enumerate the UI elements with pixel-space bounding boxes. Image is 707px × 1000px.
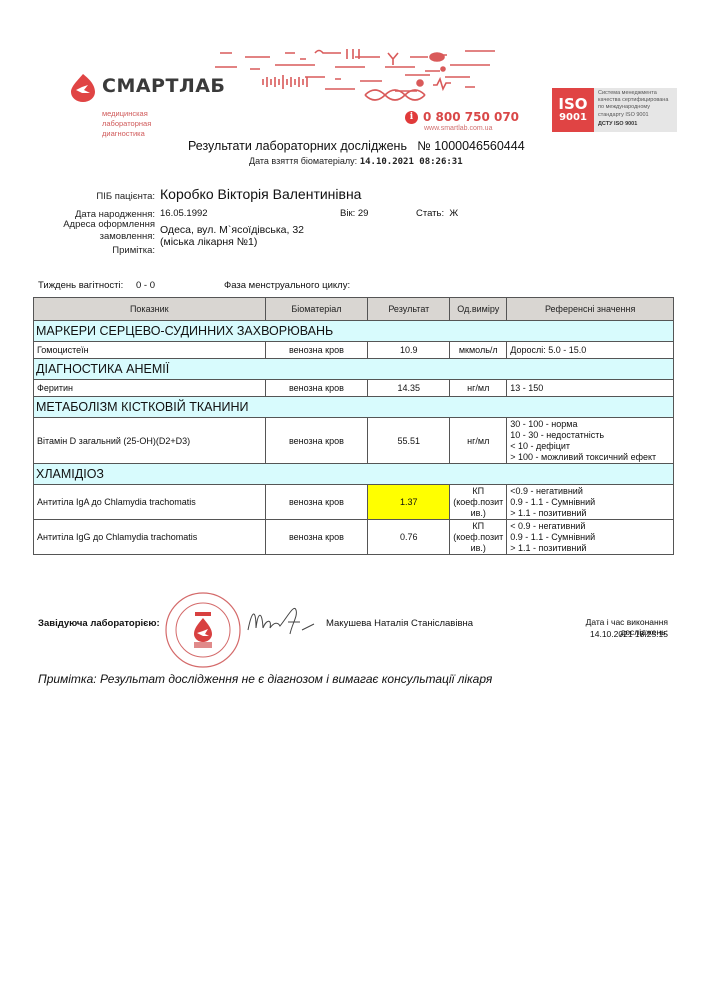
patient-name-label: ПІБ пацієнта: <box>40 191 155 202</box>
lab-decoration-icon <box>205 45 515 105</box>
signature-icon <box>244 600 319 640</box>
pregnancy-label: Тиждень вагітності: <box>38 280 123 291</box>
iso-description: Система менеджмента качества сертифициро… <box>598 90 678 128</box>
table-row: Вітамін D загальний (25-OH)(D2+D3) веноз… <box>34 418 674 464</box>
disclaimer-note: Примітка: Результат дослідження не є діа… <box>38 672 492 686</box>
age: Вік: 29 <box>340 208 368 219</box>
address-value: Одеса, вул. М`ясоїдівська, 32 (міська лі… <box>160 225 304 248</box>
sex: Стать: Ж <box>416 208 458 219</box>
table-row: Феритин венозна кров 14.35 нг/мл 13 - 15… <box>34 380 674 397</box>
contact-phone: i 0 800 750 070 <box>405 110 519 124</box>
document-title: Результати лабораторних досліджень № 100… <box>188 139 525 153</box>
smartlab-logo-icon <box>68 72 98 102</box>
section-row: ХЛАМІДІОЗ <box>34 464 674 485</box>
col-reference: Референсні значення <box>507 298 674 321</box>
completion-date-value: 14.10.2021 18:25:15 <box>538 629 668 639</box>
brand-subtitle: медицинская лабораторная диагностика <box>102 109 151 139</box>
col-indicator: Показник <box>34 298 266 321</box>
sample-date: Дата взяття біоматеріалу: 14.10.2021 08:… <box>249 156 463 167</box>
col-unit: Од.виміру <box>450 298 507 321</box>
col-material: Біоматеріал <box>265 298 368 321</box>
note-label: Примітка: <box>40 245 155 256</box>
website-link[interactable]: www.smartlab.com.ua <box>424 125 492 132</box>
info-icon: i <box>405 111 418 124</box>
lab-head-label: Завідуюча лабораторією: <box>38 618 160 629</box>
section-row: ДІАГНОСТИКА АНЕМІЇ <box>34 359 674 380</box>
lab-head-name: Макушева Наталія Станіславівна <box>326 618 473 629</box>
iso-logo-icon: ISO 9001 <box>552 88 594 132</box>
pregnancy-value: 0 - 0 <box>136 280 155 291</box>
patient-name: Коробко Вікторія Валентинівна <box>160 186 361 202</box>
col-result: Результат <box>368 298 450 321</box>
results-table: Показник Біоматеріал Результат Од.виміру… <box>33 297 674 555</box>
highlighted-result: 1.37 <box>368 485 450 520</box>
dob-value: 16.05.1992 <box>160 208 208 219</box>
table-row: Антитіла IgA до Chlamydia trachomatis ве… <box>34 485 674 520</box>
table-header-row: Показник Біоматеріал Результат Од.виміру… <box>34 298 674 321</box>
document-number: № 1000046560444 <box>417 139 524 153</box>
section-row: МАРКЕРИ СЕРЦЕВО-СУДИННИХ ЗАХВОРЮВАНЬ <box>34 321 674 342</box>
table-row: Гомоцистеїн венозна кров 10.9 мкмоль/л Д… <box>34 342 674 359</box>
cycle-phase-label: Фаза менструального циклу: <box>224 280 350 291</box>
section-row: МЕТАБОЛІЗМ КІСТКОВІЙ ТКАНИНИ <box>34 397 674 418</box>
lab-stamp-icon <box>163 590 243 670</box>
address-label: Адреса оформлення замовлення: <box>40 219 155 243</box>
table-row: Антитіла IgG до Chlamydia trachomatis ве… <box>34 520 674 555</box>
